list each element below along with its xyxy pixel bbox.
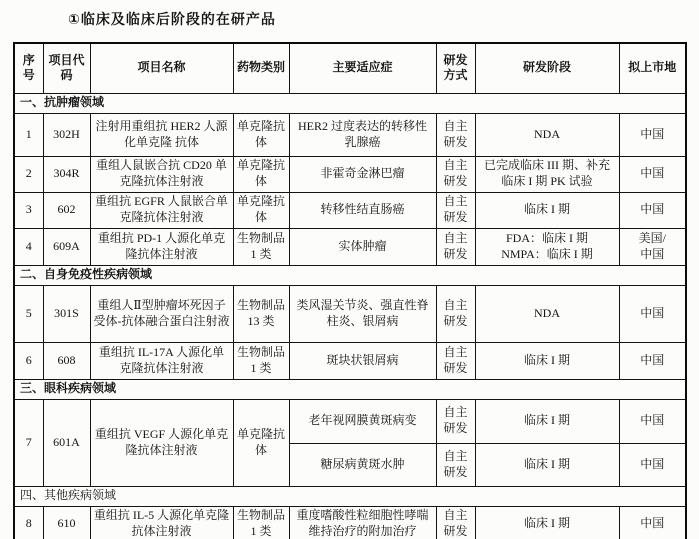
section-label: 二、自身免疫性疾病领域: [14, 265, 686, 285]
cell-method: 自主研发: [436, 156, 475, 192]
cell-indication: 非霍奇金淋巴瘤: [289, 156, 436, 192]
cell-stage: 临床 I 期: [475, 506, 619, 539]
cell-name: 重组抗 PD-1 人源化单克隆抗体注射液: [90, 228, 233, 265]
section-oncology: 一、抗肿瘤领域: [14, 93, 686, 113]
cell-market: 中国: [619, 399, 686, 443]
header-category: 药物类别: [233, 43, 289, 93]
cell-name: 重组抗 EGFR 人鼠嵌合单克隆抗体注射液: [90, 192, 233, 228]
cell-indication: 糖尿病黄斑水肿: [289, 443, 436, 486]
cell-no: 8: [14, 506, 43, 539]
cell-market: 中国: [619, 113, 686, 156]
table-row: 2 304R 重组人鼠嵌合抗 CD20 单克隆抗体注射液 单克隆抗体 非霍奇金淋…: [14, 156, 686, 192]
cell-category: 生物制品 1 类: [233, 506, 289, 539]
cell-category: 单克隆抗体: [233, 113, 289, 156]
cell-method: 自主研发: [436, 443, 475, 486]
cell-method: 自主研发: [436, 342, 475, 379]
cell-category: 单克隆抗体: [233, 156, 289, 192]
cell-code: 301S: [43, 285, 90, 342]
cell-method: 自主研发: [436, 399, 475, 443]
cell-indication: 类风湿关节炎、强直性脊柱炎、银屑病: [289, 285, 436, 342]
table-row: 8 610 重组抗 IL-5 人源化单克隆抗体注射液 生物制品 1 类 重度嗜酸…: [14, 506, 686, 539]
section-autoimmune: 二、自身免疫性疾病领域: [14, 265, 686, 285]
cell-stage: 临床 I 期: [475, 443, 619, 486]
cell-no: 3: [14, 192, 43, 228]
cell-category: 生物制品 1 类: [233, 342, 289, 379]
cell-name: 注射用重组抗 HER2 人源化单克隆 抗体: [90, 113, 233, 156]
cell-category: 生物制品 13 类: [233, 285, 289, 342]
header-market: 拟上市地: [619, 43, 686, 93]
cell-market: 中国: [619, 192, 686, 228]
cell-indication: 重度嗜酸性粒细胞性哮喘维持治疗的附加治疗: [289, 506, 436, 539]
cell-name: 重组抗 VEGF 人源化单克隆抗体注射液: [90, 399, 233, 486]
cell-market: 美国/ 中国: [619, 228, 686, 265]
cell-stage: FDA：临床 I 期 NMPA：临床 I 期: [475, 228, 619, 265]
header-method: 研发方式: [436, 43, 475, 93]
section-label: 四、其他疾病领域: [14, 486, 686, 506]
table-row: 1 302H 注射用重组抗 HER2 人源化单克隆 抗体 单克隆抗体 HER2 …: [14, 113, 686, 156]
cell-method: 自主研发: [436, 192, 475, 228]
pipeline-table: 序号 项目代码 项目名称 药物类别 主要适应症 研发方式 研发阶段 拟上市地 一…: [13, 42, 687, 539]
header-row: 序号 项目代码 项目名称 药物类别 主要适应症 研发方式 研发阶段 拟上市地: [14, 43, 686, 93]
cell-indication: 斑块状银屑病: [289, 342, 436, 379]
cell-code: 602: [43, 192, 90, 228]
cell-stage: 临床 I 期: [475, 342, 619, 379]
header-indication: 主要适应症: [289, 43, 436, 93]
cell-stage: NDA: [475, 285, 619, 342]
table-row: 5 301S 重组人Ⅱ型肿瘤坏死因子受体-抗体融合蛋白注射液 生物制品 13 类…: [14, 285, 686, 342]
cell-stage: 已完成临床 III 期、补充 临床 I 期 PK 试验: [475, 156, 619, 192]
header-stage: 研发阶段: [475, 43, 619, 93]
cell-no: 2: [14, 156, 43, 192]
section-label: 一、抗肿瘤领域: [14, 93, 686, 113]
cell-no: 4: [14, 228, 43, 265]
cell-indication: 转移性结直肠癌: [289, 192, 436, 228]
cell-category: 单克隆抗体: [233, 192, 289, 228]
cell-stage: NDA: [475, 113, 619, 156]
cell-stage: 临床 I 期: [475, 399, 619, 443]
cell-code: 304R: [43, 156, 90, 192]
cell-name: 重组抗 IL-5 人源化单克隆抗体注射液: [90, 506, 233, 539]
cell-code: 302H: [43, 113, 90, 156]
cell-no: 1: [14, 113, 43, 156]
cell-indication: 老年视网膜黄斑病变: [289, 399, 436, 443]
cell-no: 5: [14, 285, 43, 342]
page-title: ①临床及临床后阶段的在研产品: [68, 9, 699, 29]
section-label: 三、眼科疾病领域: [14, 379, 686, 399]
cell-method: 自主研发: [436, 285, 475, 342]
cell-name: 重组人Ⅱ型肿瘤坏死因子受体-抗体融合蛋白注射液: [90, 285, 233, 342]
cell-market: 中国: [619, 156, 686, 192]
cell-market: 中国: [619, 285, 686, 342]
cell-method: 自主研发: [436, 113, 475, 156]
cell-code: 601A: [43, 399, 90, 486]
cell-stage: 临床 I 期: [475, 192, 619, 228]
section-ophthalmology: 三、眼科疾病领域: [14, 379, 686, 399]
cell-name: 重组人鼠嵌合抗 CD20 单克隆抗体注射液: [90, 156, 233, 192]
table-row: 3 602 重组抗 EGFR 人鼠嵌合单克隆抗体注射液 单克隆抗体 转移性结直肠…: [14, 192, 686, 228]
cell-market: 中国: [619, 506, 686, 539]
cell-no: 7: [14, 399, 43, 486]
cell-category: 生物制品 1 类: [233, 228, 289, 265]
cell-method: 自主研发: [436, 506, 475, 539]
cell-code: 608: [43, 342, 90, 379]
cell-market: 中国: [619, 443, 686, 486]
cell-no: 6: [14, 342, 43, 379]
cell-code: 610: [43, 506, 90, 539]
cell-market: 中国: [619, 342, 686, 379]
table-row: 6 608 重组抗 IL-17A 人源化单克隆抗体注射液 生物制品 1 类 斑块…: [14, 342, 686, 379]
cell-code: 609A: [43, 228, 90, 265]
cell-category: 单克隆抗体: [233, 399, 289, 486]
cell-indication: 实体肿瘤: [289, 228, 436, 265]
section-other: 四、其他疾病领域: [14, 486, 686, 506]
header-code: 项目代码: [43, 43, 90, 93]
table-row: 7 601A 重组抗 VEGF 人源化单克隆抗体注射液 单克隆抗体 老年视网膜黄…: [14, 399, 686, 443]
cell-method: 自主研发: [436, 228, 475, 265]
cell-indication: HER2 过度表达的转移性乳腺癌: [289, 113, 436, 156]
header-no: 序号: [14, 43, 43, 93]
cell-name: 重组抗 IL-17A 人源化单克隆抗体注射液: [90, 342, 233, 379]
header-name: 项目名称: [90, 43, 233, 93]
table-row: 4 609A 重组抗 PD-1 人源化单克隆抗体注射液 生物制品 1 类 实体肿…: [14, 228, 686, 265]
